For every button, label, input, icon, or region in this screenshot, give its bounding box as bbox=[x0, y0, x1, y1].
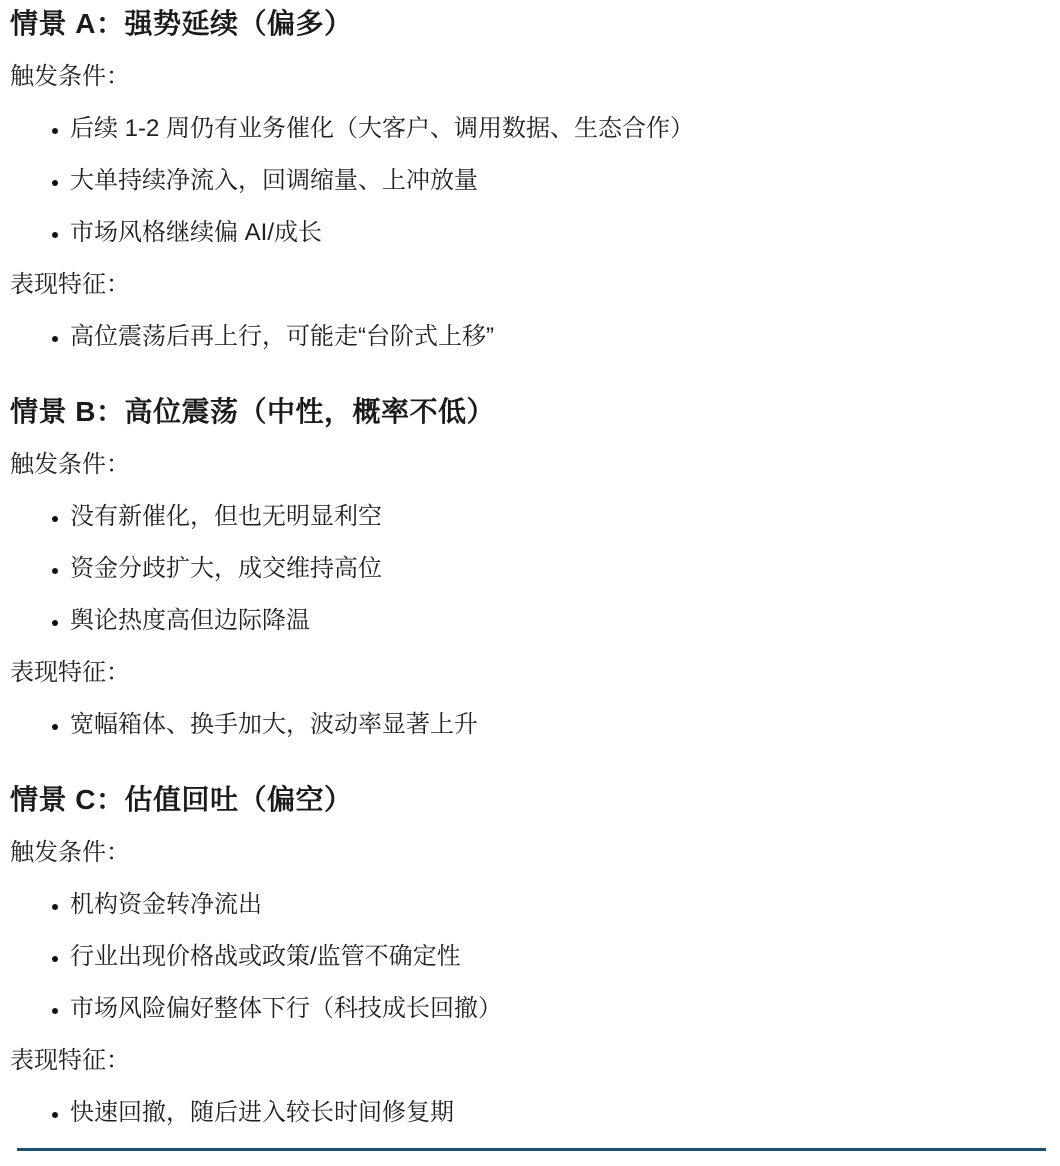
section-heading: 情景 A：强势延续（偏多） bbox=[10, 6, 1046, 42]
list-item: 市场风险偏好整体下行（科技成长回撤） bbox=[70, 992, 1046, 1026]
list-item: 市场风格继续偏 AI/成长 bbox=[70, 216, 1046, 250]
list-item: 舆论热度高但边际降温 bbox=[70, 604, 1046, 638]
behavior-list: 宽幅箱体、换手加大，波动率显著上升 bbox=[10, 708, 1046, 742]
trigger-list: 后续 1-2 周仍有业务催化（大客户、调用数据、生态合作） 大单持续净流入，回调… bbox=[10, 112, 1046, 250]
list-item: 高位震荡后再上行，可能走“台阶式上移” bbox=[70, 320, 1046, 354]
list-item: 宽幅箱体、换手加大，波动率显著上升 bbox=[70, 708, 1046, 742]
behavior-label: 表现特征： bbox=[10, 268, 1046, 302]
list-item: 没有新催化，但也无明显利空 bbox=[70, 500, 1046, 534]
trigger-label: 触发条件： bbox=[10, 448, 1046, 482]
section-scenario-c: 情景 C：估值回吐（偏空） 触发条件： 机构资金转净流出 行业出现价格战或政策/… bbox=[10, 782, 1046, 1130]
trigger-label: 触发条件： bbox=[10, 60, 1046, 94]
list-item: 后续 1-2 周仍有业务催化（大客户、调用数据、生态合作） bbox=[70, 112, 1046, 146]
list-item: 资金分歧扩大，成交维持高位 bbox=[70, 552, 1046, 586]
section-scenario-a: 情景 A：强势延续（偏多） 触发条件： 后续 1-2 周仍有业务催化（大客户、调… bbox=[10, 6, 1046, 354]
behavior-list: 快速回撤，随后进入较长时间修复期 bbox=[10, 1096, 1046, 1130]
list-item: 机构资金转净流出 bbox=[70, 888, 1046, 922]
behavior-label: 表现特征： bbox=[10, 656, 1046, 690]
behavior-list: 高位震荡后再上行，可能走“台阶式上移” bbox=[10, 320, 1046, 354]
section-divider bbox=[17, 1148, 1046, 1151]
trigger-label: 触发条件： bbox=[10, 836, 1046, 870]
section-heading: 情景 C：估值回吐（偏空） bbox=[10, 782, 1046, 818]
scenario-document: 情景 A：强势延续（偏多） 触发条件： 后续 1-2 周仍有业务催化（大客户、调… bbox=[10, 6, 1046, 1151]
section-heading: 情景 B：高位震荡（中性，概率不低） bbox=[10, 394, 1046, 430]
section-scenario-b: 情景 B：高位震荡（中性，概率不低） 触发条件： 没有新催化，但也无明显利空 资… bbox=[10, 394, 1046, 742]
list-item: 快速回撤，随后进入较长时间修复期 bbox=[70, 1096, 1046, 1130]
behavior-label: 表现特征： bbox=[10, 1044, 1046, 1078]
trigger-list: 没有新催化，但也无明显利空 资金分歧扩大，成交维持高位 舆论热度高但边际降温 bbox=[10, 500, 1046, 638]
list-item: 行业出现价格战或政策/监管不确定性 bbox=[70, 940, 1046, 974]
list-item: 大单持续净流入，回调缩量、上冲放量 bbox=[70, 164, 1046, 198]
trigger-list: 机构资金转净流出 行业出现价格战或政策/监管不确定性 市场风险偏好整体下行（科技… bbox=[10, 888, 1046, 1026]
